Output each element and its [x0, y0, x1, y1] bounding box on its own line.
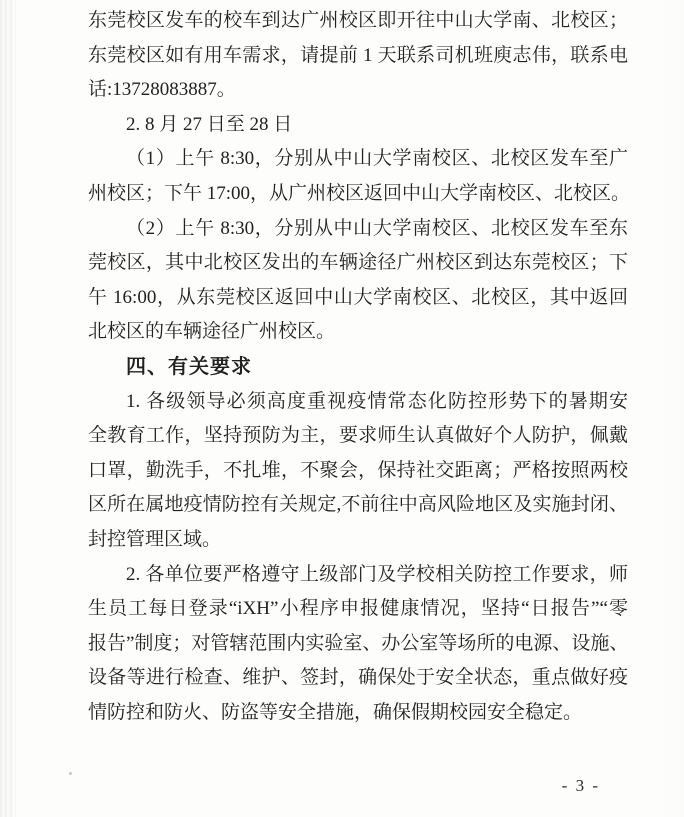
text-line: 封控管理区域。 [88, 523, 628, 558]
scan-edge-artifact [0, 0, 16, 817]
text-line: 报告”制度；对管辖范围内实验室、办公室等场所的电源、设施、 [88, 627, 628, 662]
text-line: 东莞校区发车的校车到达广州校区即开往中山大学南、北校区； [88, 4, 628, 39]
text-line: 北校区的车辆途径广州校区。 [88, 315, 628, 350]
text-line-list-item: （1）上午 8:30，分别从中山大学南校区、北校区发车至广 [88, 142, 628, 177]
text-line: 东莞校区如有用车需求，请提前 1 天联系司机班庾志伟，联系电 [88, 39, 628, 74]
text-line-list-item: 1. 各级领导必须高度重视疫情常态化防控形势下的暑期安 [88, 385, 628, 420]
scanned-document-page: 东莞校区发车的校车到达广州校区即开往中山大学南、北校区； 东莞校区如有用车需求，… [0, 0, 684, 817]
text-line: 设备等进行检查、维护、签封，确保处于安全状态，重点做好疫 [88, 661, 628, 696]
text-line: 莞校区，其中北校区发出的车辆途径广州校区到达东莞校区；下 [88, 246, 628, 281]
text-line: 午 16:00，从东莞校区返回中山大学南校区、北校区，其中返回 [88, 281, 628, 316]
page-number: - 3 - [562, 776, 600, 796]
text-line: 口罩，勤洗手，不扎堆，不聚会，保持社交距离；严格按照两校 [88, 454, 628, 489]
document-body: 东莞校区发车的校车到达广州校区即开往中山大学南、北校区； 东莞校区如有用车需求，… [88, 4, 628, 730]
text-line: 生员工每日登录“iXH”小程序申报健康情况，坚持“日报告”“零 [88, 592, 628, 627]
section-heading: 四、有关要求 [88, 350, 628, 385]
text-line: 全教育工作，坚持预防为主，要求师生认真做好个人防护，佩戴 [88, 419, 628, 454]
text-line: 情防控和防火、防盗等安全措施，确保假期校园安全稳定。 [88, 696, 628, 731]
text-line: 区所在属地疫情防控有关规定,不前往中高风险地区及实施封闭、 [88, 488, 628, 523]
scan-speck [69, 772, 72, 775]
text-line: 话:13728083887。 [88, 73, 628, 108]
text-line-list-item: 2. 各单位要严格遵守上级部门及学校相关防控工作要求，师 [88, 558, 628, 593]
text-line-list-item: 2. 8 月 27 日至 28 日 [88, 108, 628, 143]
text-line: 州校区；下午 17:00，从广州校区返回中山大学南校区、北校区。 [88, 177, 628, 212]
text-line-list-item: （2）上午 8:30，分别从中山大学南校区、北校区发车至东 [88, 212, 628, 247]
